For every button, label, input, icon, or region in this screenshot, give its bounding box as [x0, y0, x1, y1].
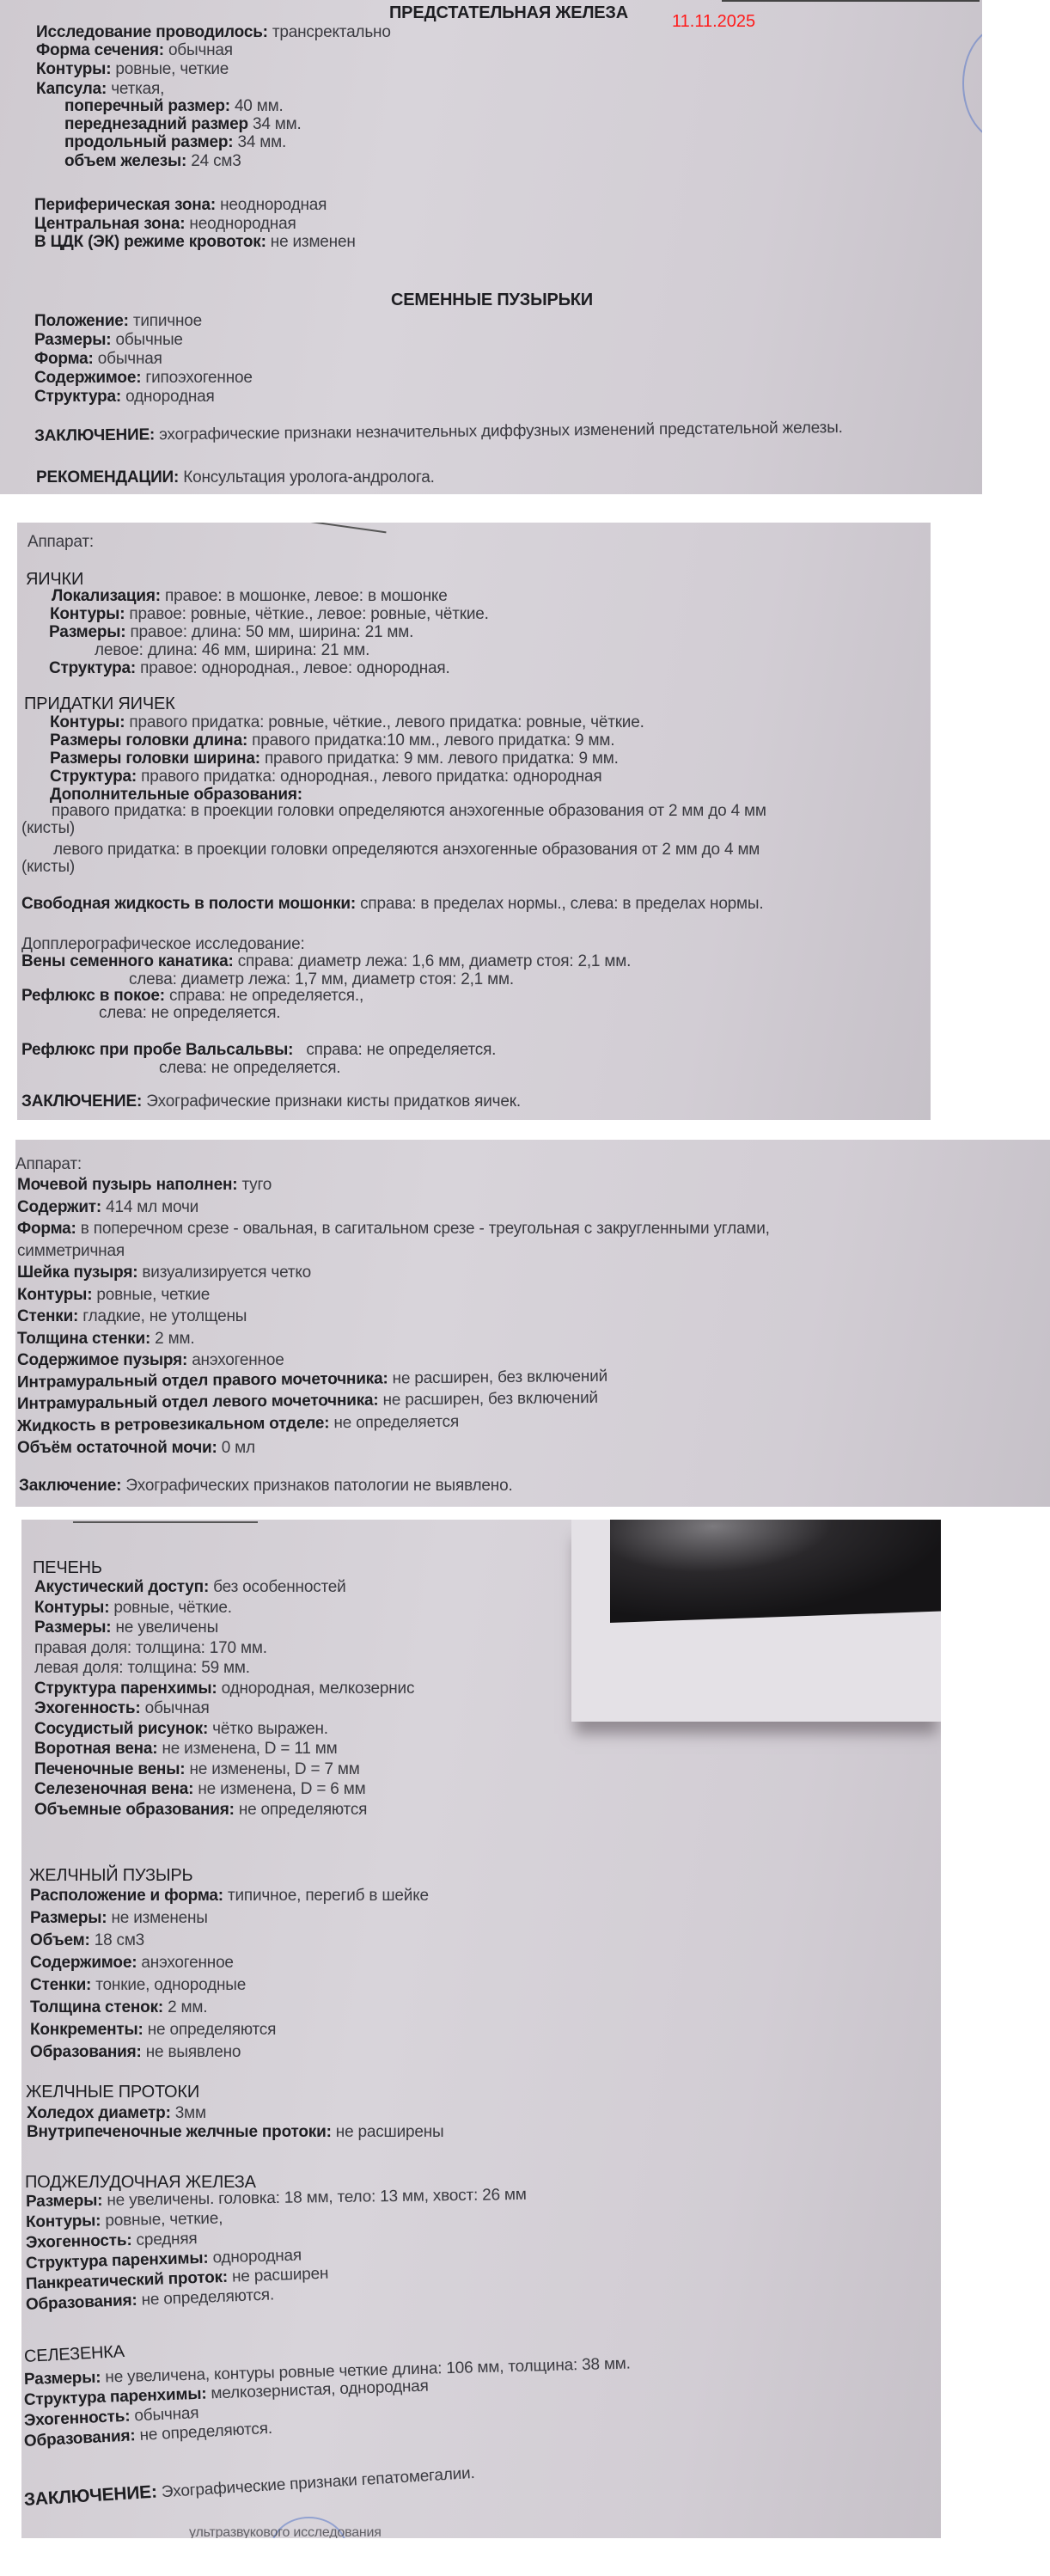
row-value: правого придатка:10 мм., левого придатка… — [252, 731, 614, 750]
row-value: не изменен — [271, 233, 356, 251]
row-label: Контуры: — [50, 713, 129, 731]
prostate-report-photo: ПРЕДСТАТЕЛЬНАЯ ЖЕЛЕЗА 11.11.2025 Исследо… — [0, 0, 982, 494]
report-row: Толщина стенки: 2 мм. — [17, 1330, 194, 1349]
row-label: Шейка пузыря: — [17, 1264, 142, 1282]
seminal-title: СЕМЕННЫЕ ПУЗЫРЬКИ — [391, 291, 593, 309]
row-value: правая доля: толщина: 170 мм. — [34, 1639, 267, 1657]
reflux-rest: Рефлюкс в покое: справа: не определяется… — [21, 987, 363, 1006]
row-label: Интрамуральный отдел левого мочеточника: — [17, 1392, 383, 1413]
row-label: Периферическая зона: — [34, 196, 220, 214]
report-row: Жидкость в ретровезикальном отделе: не о… — [17, 1412, 459, 1435]
row-value: ровные, четкие — [115, 60, 229, 78]
row-label: Объем: — [30, 1931, 95, 1949]
row-value: правое: ровные, чёткие., левое: ровные, … — [129, 605, 488, 623]
row-value: визуализируется четко — [142, 1264, 311, 1282]
report-row: Контуры: правое: ровные, чёткие., левое:… — [50, 605, 489, 624]
row-value: не расширен, без включений — [393, 1367, 608, 1387]
report-row: Форма сечения: обычная — [36, 41, 233, 60]
report-row: Внутрипеченочные желчные протоки: не рас… — [27, 2123, 444, 2142]
row-label: Холедох диаметр: — [27, 2104, 175, 2122]
free-fluid: Свободная жидкость в полости мошонки: сп… — [21, 895, 763, 914]
row-value: 0 мл — [222, 1439, 255, 1457]
report-row: Содержимое пузыря: анэхогенное — [17, 1351, 284, 1370]
row-label: Контуры: — [36, 60, 115, 78]
report-row: Размеры: не увеличены — [34, 1618, 218, 1637]
row-label: Конкременты: — [30, 2021, 148, 2039]
row-value: 34 мм. — [253, 115, 302, 133]
report-row: Положение: типичное — [34, 312, 202, 331]
row-value: неоднородная — [220, 196, 327, 214]
row-value: 40 мм. — [235, 97, 284, 115]
prostate-conclusion: ЗАКЛЮЧЕНИЕ: эхографические признаки незн… — [34, 419, 843, 446]
report-row: Контуры: ровные, четкие, — [26, 2210, 223, 2232]
row-label: Толщина стенки: — [17, 1330, 155, 1348]
paper-edge — [73, 1521, 258, 1523]
row-value: обычная — [168, 41, 233, 59]
row-label: Структура: — [50, 768, 141, 786]
row-value: трансректально — [272, 23, 391, 41]
row-label: Форма: — [34, 350, 98, 368]
row-value: правого придатка: однородная., левого пр… — [141, 768, 601, 786]
report-row: Содержимое: анэхогенное — [30, 1954, 234, 1973]
report-row: Размеры: правое: длина: 50 мм, ширина: 2… — [49, 623, 413, 642]
report-row: переднезадний размер 34 мм. — [64, 115, 302, 134]
row-label: Стенки: — [17, 1307, 82, 1325]
report-row: Холедох диаметр: 3мм — [27, 2104, 206, 2123]
report-row: Контуры: ровные, чёткие. — [34, 1599, 232, 1618]
row-value: без особенностей — [213, 1578, 345, 1596]
report-row: Интрамуральный отдел левого мочеточника:… — [17, 1389, 598, 1414]
report-date: 11.11.2025 — [672, 12, 755, 32]
cysts-left: (кисты) — [21, 858, 75, 877]
row-value: правого придатка: ровные, чёткие., левог… — [129, 713, 644, 731]
row-value: гладкие, не утолщены — [82, 1307, 247, 1325]
row-label: Локализация: — [52, 587, 165, 605]
report-row: Центральная зона: неоднородная — [34, 215, 296, 234]
row-label: Структура паренхимы: — [34, 1680, 222, 1698]
row-value: не расширены — [336, 2123, 444, 2141]
scrotum-conclusion: ЗАКЛЮЧЕНИЕ: Эхографические признаки кист… — [21, 1092, 521, 1111]
report-row: Исследование проводилось: трансректально — [36, 23, 391, 42]
row-value: правое: длина: 50 мм, ширина: 21 мм. — [130, 623, 413, 641]
row-label: Положение: — [34, 312, 133, 330]
report-row: В ЦДК (ЭК) режиме кровоток: не изменен — [34, 233, 356, 252]
row-label: Контуры: — [34, 1599, 113, 1617]
report-row: Сосудистый рисунок: чётко выражен. — [34, 1720, 328, 1739]
row-label: Центральная зона: — [34, 215, 189, 233]
report-row: Структура: правого придатка: однородная.… — [50, 768, 601, 786]
report-row: Эхогенность: обычная — [34, 1699, 210, 1718]
prostate-title: ПРЕДСТАТЕЛЬНАЯ ЖЕЛЕЗА — [389, 3, 628, 22]
row-label: переднезадний размер — [64, 115, 253, 133]
reflux-rest-left: слева: не определяется. — [99, 1004, 280, 1023]
report-row: Стенки: тонкие, однородные — [30, 1976, 246, 1995]
row-label: Образования: — [26, 2291, 142, 2314]
scrotum-report-photo: Аппарат: ЯИЧКИ Локализация: правое: в мо… — [17, 523, 931, 1120]
row-label: Размеры: — [34, 331, 115, 349]
report-row: Содержит: 414 мл мочи — [17, 1198, 198, 1217]
row-value: 34 мм. — [237, 133, 286, 151]
epididymis-title: ПРИДАТКИ ЯИЧЕК — [24, 694, 175, 713]
row-value: в поперечном срезе - овальная, в сагитал… — [81, 1220, 770, 1238]
row-value: однородная — [125, 388, 214, 406]
row-value: 24 см3 — [191, 152, 241, 170]
prostate-recommendation: РЕКОМЕНДАЦИИ: Консультация уролога-андро… — [36, 468, 435, 487]
row-label: Дополнительные образования: — [50, 786, 302, 804]
reflux-valsalva: Рефлюкс при пробе Вальсальвы: справа: не… — [21, 1041, 496, 1060]
row-value: не изменены, D = 7 мм — [189, 1760, 359, 1778]
row-value: четкая, — [111, 80, 164, 98]
extra-right: правого придатка: в проекции головки опр… — [52, 802, 766, 821]
row-label: Эхогенность: — [26, 2231, 137, 2252]
row-label: Форма сечения: — [36, 41, 168, 59]
row-label: Толщина стенок: — [30, 1998, 168, 2016]
row-value: не изменена, D = 6 мм — [198, 1780, 365, 1798]
report-row: Объем: 18 см3 — [30, 1931, 144, 1950]
row-label: В ЦДК (ЭК) режиме кровоток: — [34, 233, 271, 251]
row-value: симметричная — [17, 1242, 125, 1260]
row-value: чётко выражен. — [212, 1720, 328, 1738]
row-value: не определяется — [333, 1412, 459, 1432]
row-value: не расширен, без включений — [382, 1389, 598, 1410]
row-label: Исследование проводилось: — [36, 23, 272, 41]
row-value: не определяются — [239, 1801, 367, 1819]
row-value: не расширен — [232, 2265, 329, 2286]
row-label: Структура: — [34, 388, 125, 406]
row-label: поперечный размер: — [64, 97, 235, 115]
row-label: объем железы: — [64, 152, 191, 170]
row-label: Размеры: — [24, 2369, 106, 2389]
extra-left: левого придатка: в проекции головки опре… — [53, 841, 760, 860]
row-label: Интрамуральный отдел правого мочеточника… — [17, 1369, 393, 1392]
row-label: Контуры: — [26, 2212, 106, 2231]
row-label: Образования: — [30, 2043, 146, 2061]
abdomen-report-photo: ПЕЧЕНЬ Акустический доступ: без особенно… — [21, 1520, 941, 2538]
row-label: Печеночные вены: — [34, 1760, 189, 1778]
row-value: однородная — [212, 2246, 302, 2267]
spleen-title: СЕЛЕЗЕНКА — [24, 2342, 125, 2366]
report-row: Воротная вена: не изменена, D = 11 мм — [34, 1740, 338, 1759]
report-row: Контуры: правого придатка: ровные, чётки… — [50, 713, 644, 732]
row-value: гипоэхогенное — [145, 369, 252, 387]
row-label: Сосудистый рисунок: — [34, 1720, 212, 1738]
row-label: Образования: — [23, 2426, 140, 2451]
report-row: Расположение и форма: типичное, перегиб … — [30, 1887, 429, 1906]
testes-title: ЯИЧКИ — [26, 570, 83, 589]
row-value: не изменены — [111, 1909, 207, 1927]
report-row: Печеночные вены: не изменены, D = 7 мм — [34, 1760, 360, 1779]
paper-edge — [722, 0, 980, 2]
report-row: Мочевой пузырь наполнен: туго — [17, 1176, 272, 1195]
row-value: обычная — [98, 350, 162, 368]
report-row: Объемные образования: не определяются — [34, 1801, 367, 1820]
row-label: Объемные образования: — [34, 1801, 239, 1819]
row-value: тонкие, однородные — [95, 1976, 246, 1994]
liver-title: ПЕЧЕНЬ — [33, 1558, 102, 1577]
report-row: Размеры: обычные — [34, 331, 183, 350]
row-label: Содержимое: — [34, 369, 145, 387]
row-label: Содержимое: — [30, 1954, 141, 1972]
report-row: левая доля: толщина: 59 мм. — [34, 1659, 250, 1678]
report-row: Размеры головки ширина: правого придатка… — [50, 750, 619, 768]
row-value: ровные, четкие, — [105, 2210, 223, 2230]
row-label: Размеры головки ширина: — [50, 750, 265, 768]
report-row: Содержимое: гипоэхогенное — [34, 369, 253, 388]
gallbladder-title: ЖЕЛЧНЫЙ ПУЗЫРЬ — [29, 1866, 192, 1885]
row-value: неоднородная — [189, 215, 296, 233]
row-label: Стенки: — [30, 1976, 95, 1994]
report-row: продольный размер: 34 мм. — [64, 133, 286, 152]
row-label: Объём остаточной мочи: — [17, 1439, 222, 1457]
row-label: Содержит: — [17, 1198, 106, 1216]
report-row: симметричная — [17, 1242, 125, 1261]
row-value: ровные, чёткие. — [113, 1599, 231, 1617]
report-row: Образования: не выявлено — [30, 2043, 241, 2062]
report-row: Интрамуральный отдел правого мочеточника… — [17, 1367, 607, 1392]
row-label: Форма: — [17, 1220, 81, 1238]
row-value: не определяются — [148, 2021, 276, 2039]
row-label: Размеры: — [49, 623, 130, 641]
row-label: Размеры: — [26, 2192, 107, 2211]
report-row: Форма: обычная — [34, 350, 162, 369]
row-value: типичное, перегиб в шейке — [228, 1887, 429, 1905]
row-value: типичное — [133, 312, 202, 330]
row-value: ровные, четкие — [96, 1286, 210, 1304]
doppler-title: Допплерографическое исследование: — [21, 935, 305, 954]
row-label: Расположение и форма: — [30, 1887, 228, 1905]
report-row: Шейка пузыря: визуализируется четко — [17, 1264, 311, 1282]
report-row: Локализация: правое: в мошонке, левое: в… — [52, 587, 448, 606]
report-row: Размеры головки длина: правого придатка:… — [50, 731, 614, 750]
row-label: Капсула: — [36, 80, 111, 98]
report-row: Объём остаточной мочи: 0 мл — [17, 1439, 255, 1458]
report-row: Селезеночная вена: не изменена, D = 6 мм — [34, 1780, 365, 1799]
row-label: Воротная вена: — [34, 1740, 162, 1758]
row-label: Внутрипеченочные желчные протоки: — [27, 2123, 336, 2141]
row-value: анэхогенное — [141, 1954, 233, 1972]
report-row: Структура: однородная — [34, 388, 215, 407]
row-value: однородная, мелкозернис — [222, 1680, 415, 1698]
row-value: не изменена, D = 11 мм — [162, 1740, 337, 1758]
row-label: Структура: — [49, 659, 140, 677]
row-value: левая доля: толщина: 59 мм. — [34, 1659, 250, 1677]
report-row: Размеры: не изменены — [30, 1909, 208, 1928]
apparatus-label: Аппарат: — [27, 533, 94, 552]
report-row: Стенки: гладкие, не утолщены — [17, 1307, 247, 1326]
row-label: Контуры: — [50, 605, 129, 623]
bladder-report-photo: Аппарат: Мочевой пузырь наполнен: тугоСо… — [15, 1140, 1050, 1507]
row-value: правого придатка: 9 мм. левого придатка:… — [265, 750, 619, 768]
row-value: туго — [241, 1176, 272, 1194]
row-label: Содержимое пузыря: — [17, 1351, 192, 1369]
ultrasound-image — [610, 1520, 941, 1623]
row-label: Селезеночная вена: — [34, 1780, 198, 1798]
veins-right: Вены семенного канатика: справа: диаметр… — [21, 952, 631, 971]
row-value: 3мм — [175, 2104, 206, 2122]
report-row: Контуры: ровные, четкие — [17, 1286, 210, 1305]
report-row: левое: длина: 46 мм, ширина: 21 мм. — [95, 641, 369, 660]
row-value: обычная — [134, 2404, 199, 2425]
row-label: Мочевой пузырь наполнен: — [17, 1176, 241, 1194]
row-value: 2 мм. — [155, 1330, 194, 1348]
row-label: Размеры головки длина: — [50, 731, 252, 750]
report-row: объем железы: 24 см3 — [64, 152, 241, 171]
row-label: Эхогенность: — [24, 2407, 135, 2430]
row-label: Эхогенность: — [34, 1699, 145, 1717]
apparatus-label: Аппарат: — [15, 1155, 82, 1174]
report-row: Контуры: ровные, четкие — [36, 60, 229, 79]
row-value: средняя — [136, 2230, 197, 2249]
abdomen-conclusion: ЗАКЛЮЧЕНИЕ: Эхографические признаки гепа… — [23, 2463, 475, 2511]
report-row: Структура: правое: однородная., левое: о… — [49, 659, 450, 678]
row-value: не выявлено — [146, 2043, 241, 2061]
row-value: правое: однородная., левое: однородная. — [140, 659, 449, 677]
row-value: обычные — [115, 331, 182, 349]
row-value: левое: длина: 46 мм, ширина: 21 мм. — [95, 641, 369, 659]
row-label: Размеры: — [30, 1909, 111, 1927]
ultrasound-printout — [571, 1520, 941, 1722]
report-row: Капсула: четкая, — [36, 80, 164, 99]
reflux-valsalva-left: слева: не определяется. — [159, 1059, 340, 1078]
row-value: обычная — [145, 1699, 210, 1717]
row-label: Контуры: — [17, 1286, 96, 1304]
cysts-right: (кисты) — [21, 819, 75, 838]
row-value: правое: в мошонке, левое: в мошонке — [165, 587, 448, 605]
report-row: Форма: в поперечном срезе - овальная, в … — [17, 1220, 770, 1239]
row-value: 18 см3 — [95, 1931, 144, 1949]
report-row: Акустический доступ: без особенностей — [34, 1578, 346, 1597]
row-label: Акустический доступ: — [34, 1578, 213, 1596]
stamp-icon — [962, 26, 982, 141]
report-row: поперечный размер: 40 мм. — [64, 97, 284, 116]
bladder-conclusion: Заключение: Эхографических признаков пат… — [19, 1477, 513, 1496]
stamp-text: ультразвукового исследования — [189, 2524, 382, 2538]
row-label: Размеры: — [34, 1618, 115, 1637]
row-value: анэхогенное — [192, 1351, 284, 1369]
report-row: правая доля: толщина: 170 мм. — [34, 1639, 267, 1658]
row-value: не увеличены — [115, 1618, 218, 1637]
row-label: продольный размер: — [64, 133, 237, 151]
ducts-title: ЖЕЛЧНЫЕ ПРОТОКИ — [26, 2083, 199, 2102]
report-row: Периферическая зона: неоднородная — [34, 196, 327, 215]
pancreas-title: ПОДЖЕЛУДОЧНАЯ ЖЕЛЕЗА — [25, 2173, 256, 2192]
report-row: Структура паренхимы: однородная, мелкозе… — [34, 1680, 414, 1698]
row-value: 2 мм. — [168, 1998, 207, 2016]
report-row: Конкременты: не определяются — [30, 2021, 276, 2040]
row-value: 414 мл мочи — [106, 1198, 198, 1216]
row-label: Жидкость в ретровезикальном отделе: — [17, 1414, 334, 1435]
paper-edge — [284, 523, 386, 533]
report-row: Толщина стенок: 2 мм. — [30, 1998, 207, 2017]
